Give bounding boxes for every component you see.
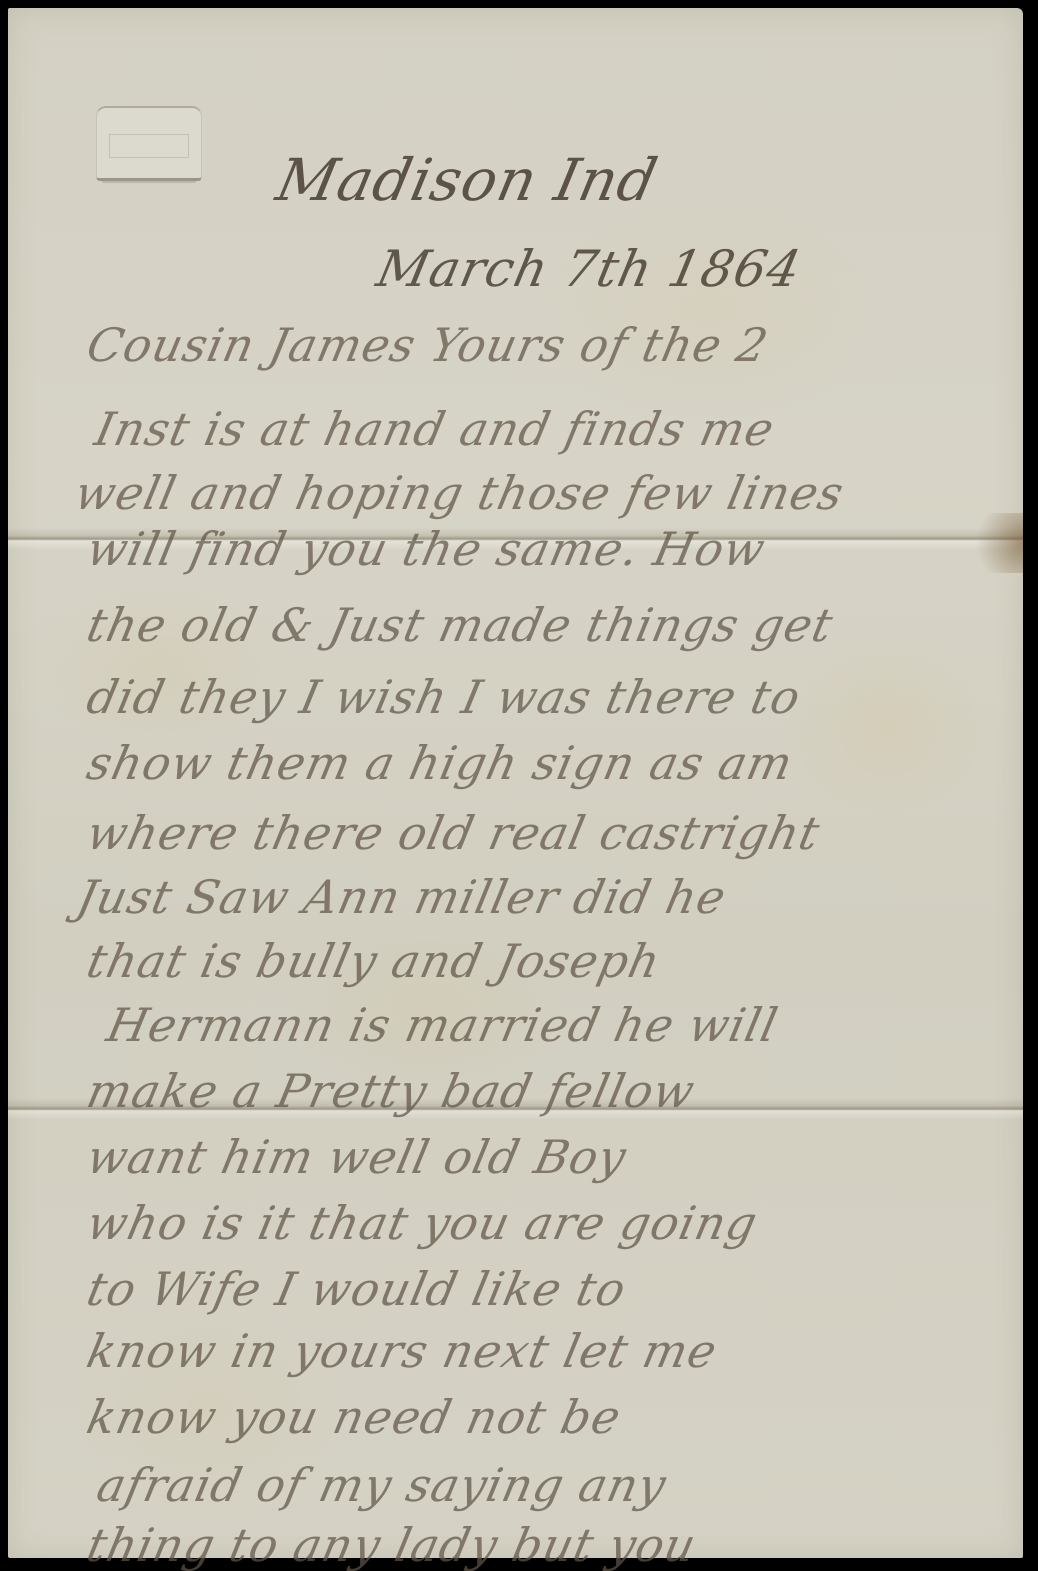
letter-line: did they I wish I was there to	[82, 670, 806, 724]
letter-date: March 7th 1864	[372, 240, 807, 298]
letter-line: thing to any lady but you	[82, 1518, 701, 1571]
letter-line: afraid of my saying any	[92, 1458, 671, 1512]
letter-line: to Wife I would like to	[82, 1262, 631, 1316]
letter-line: make a Pretty bad fellow	[82, 1064, 700, 1118]
letter-line: Hermann is married he will	[102, 998, 783, 1052]
letter-line: the old & Just made things get	[82, 598, 838, 652]
letter-line: will find you the same. How	[82, 522, 770, 576]
letter-line: who is it that you are going	[82, 1196, 762, 1250]
letter-line: show them a high sign as am	[82, 736, 798, 790]
letter-place: Madison Ind	[271, 146, 664, 214]
letter-line: well and hoping those few lines	[70, 466, 849, 520]
letter-line: Just Saw Ann miller did he	[72, 870, 731, 924]
letter-line: where there old real castright	[82, 806, 825, 860]
letter-line: want him well old Boy	[82, 1130, 631, 1184]
letter-line: know in yours next let me	[82, 1324, 722, 1378]
letter-line: that is bully and Joseph	[82, 934, 665, 988]
letter-line: know you need not be	[82, 1390, 626, 1444]
letter-line: Cousin James Yours of the 2	[82, 318, 773, 372]
letter-page: Madison Ind March 7th 1864 Cousin James …	[8, 8, 1023, 1558]
letter-text: Madison Ind March 7th 1864 Cousin James …	[8, 8, 1023, 1558]
letter-line: Inst is at hand and finds me	[90, 402, 779, 456]
